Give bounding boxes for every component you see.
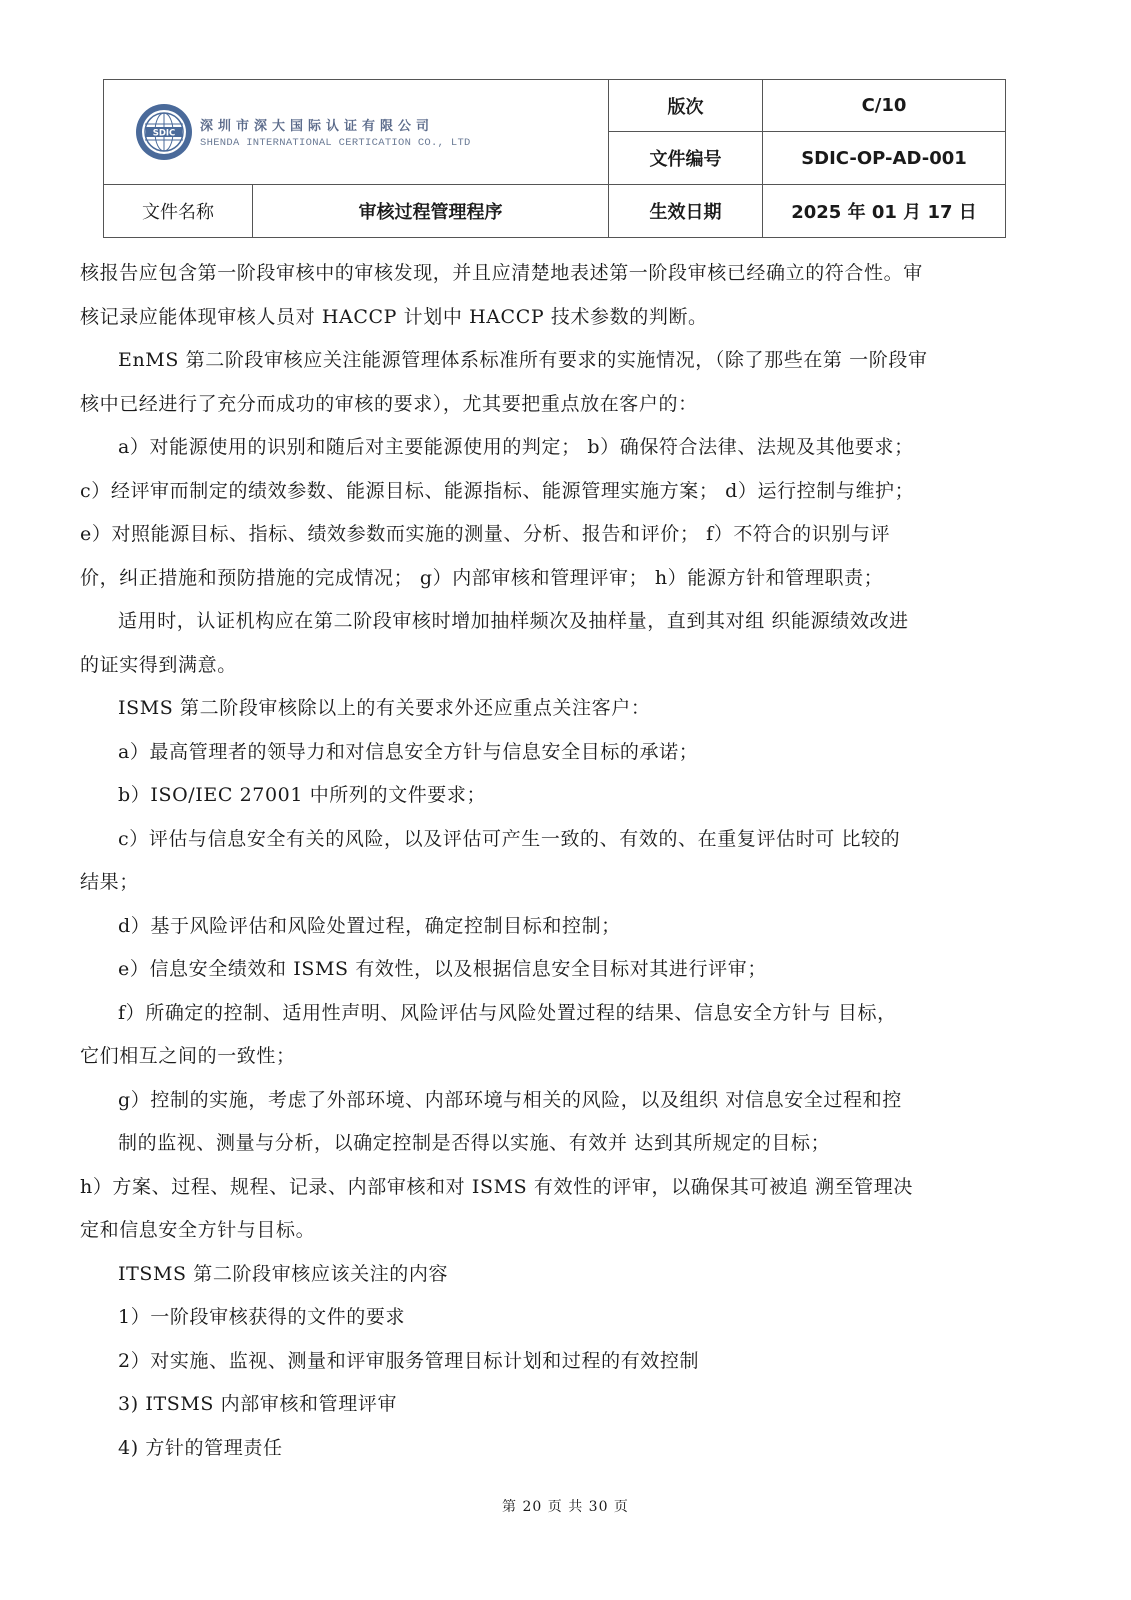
company-name-cn: 深圳市深大国际认证有限公司	[200, 115, 471, 134]
page-number-footer: 第 20 页 共 30 页	[0, 1496, 1131, 1516]
doc-name-label: 文件名称	[104, 185, 253, 238]
body-line: 的证实得到满意。	[80, 644, 1030, 688]
body-line: ITSMS 第二阶段审核应该关注的内容	[80, 1253, 1030, 1297]
body-line: c）评估与信息安全有关的风险，以及评估可产生一致的、有效的、在重复评估时可 比较…	[80, 818, 1030, 862]
body-line: e）对照能源目标、指标、绩效参数而实施的测量、分析、报告和评价； f）不符合的识…	[80, 513, 1030, 557]
company-name-en: SHENDA INTERNATIONAL CERTICATION CO., LT…	[200, 137, 471, 149]
doc-number-value: SDIC-OP-AD-001	[763, 132, 1006, 185]
company-logo-icon: SDIC	[134, 102, 194, 162]
document-body: 核报告应包含第一阶段审核中的审核发现，并且应清楚地表述第一阶段审核已经确立的符合…	[80, 252, 1030, 1470]
doc-number-label: 文件编号	[609, 132, 763, 185]
body-line: a）最高管理者的领导力和对信息安全方针与信息安全目标的承诺；	[80, 731, 1030, 775]
body-line: 2）对实施、监视、测量和评审服务管理目标计划和过程的有效控制	[80, 1340, 1030, 1384]
body-line: EnMS 第二阶段审核应关注能源管理体系标准所有要求的实施情况，（除了那些在第 …	[80, 339, 1030, 383]
body-line: 核中已经进行了充分而成功的审核的要求），尤其要把重点放在客户的：	[80, 383, 1030, 427]
body-line: 制的监视、测量与分析，以确定控制是否得以实施、有效并 达到其所规定的目标；	[80, 1122, 1030, 1166]
effective-date-label: 生效日期	[609, 185, 763, 238]
version-value: C/10	[763, 80, 1006, 132]
body-line: 适用时，认证机构应在第二阶段审核时增加抽样频次及抽样量，直到其对组 织能源绩效改…	[80, 600, 1030, 644]
body-line: ISMS 第二阶段审核除以上的有关要求外还应重点关注客户：	[80, 687, 1030, 731]
body-line: c）经评审而制定的绩效参数、能源目标、能源指标、能源管理实施方案； d）运行控制…	[80, 470, 1030, 514]
body-line: e）信息安全绩效和 ISMS 有效性，以及根据信息安全目标对其进行评审；	[80, 948, 1030, 992]
body-line: 它们相互之间的一致性；	[80, 1035, 1030, 1079]
body-line: 价，纠正措施和预防措施的完成情况； g）内部审核和管理评审； h）能源方针和管理…	[80, 557, 1030, 601]
svg-text:SDIC: SDIC	[153, 129, 176, 139]
effective-date-value: 2025 年 01 月 17 日	[763, 185, 1006, 238]
document-header-table: SDIC 深圳市深大国际认证有限公司 SHENDA INTERNATIONAL …	[103, 79, 1006, 238]
body-line: 3) ITSMS 内部审核和管理评审	[80, 1383, 1030, 1427]
company-logo-cell: SDIC 深圳市深大国际认证有限公司 SHENDA INTERNATIONAL …	[104, 80, 609, 185]
body-line: 核记录应能体现审核人员对 HACCP 计划中 HACCP 技术参数的判断。	[80, 296, 1030, 340]
body-line: 核报告应包含第一阶段审核中的审核发现，并且应清楚地表述第一阶段审核已经确立的符合…	[80, 252, 1030, 296]
body-line: g）控制的实施，考虑了外部环境、内部环境与相关的风险，以及组织 对信息安全过程和…	[80, 1079, 1030, 1123]
body-line: b）ISO/IEC 27001 中所列的文件要求；	[80, 774, 1030, 818]
body-line: h）方案、过程、规程、记录、内部审核和对 ISMS 有效性的评审，以确保其可被追…	[80, 1166, 1030, 1210]
body-line: a）对能源使用的识别和随后对主要能源使用的判定； b）确保符合法律、法规及其他要…	[80, 426, 1030, 470]
body-line: f）所确定的控制、适用性声明、风险评估与风险处置过程的结果、信息安全方针与 目标…	[80, 992, 1030, 1036]
body-line: 4) 方针的管理责任	[80, 1427, 1030, 1471]
body-line: 结果；	[80, 861, 1030, 905]
body-line: d）基于风险评估和风险处置过程，确定控制目标和控制；	[80, 905, 1030, 949]
doc-name-value: 审核过程管理程序	[253, 185, 609, 238]
body-line: 定和信息安全方针与目标。	[80, 1209, 1030, 1253]
body-line: 1）一阶段审核获得的文件的要求	[80, 1296, 1030, 1340]
version-label: 版次	[609, 80, 763, 132]
